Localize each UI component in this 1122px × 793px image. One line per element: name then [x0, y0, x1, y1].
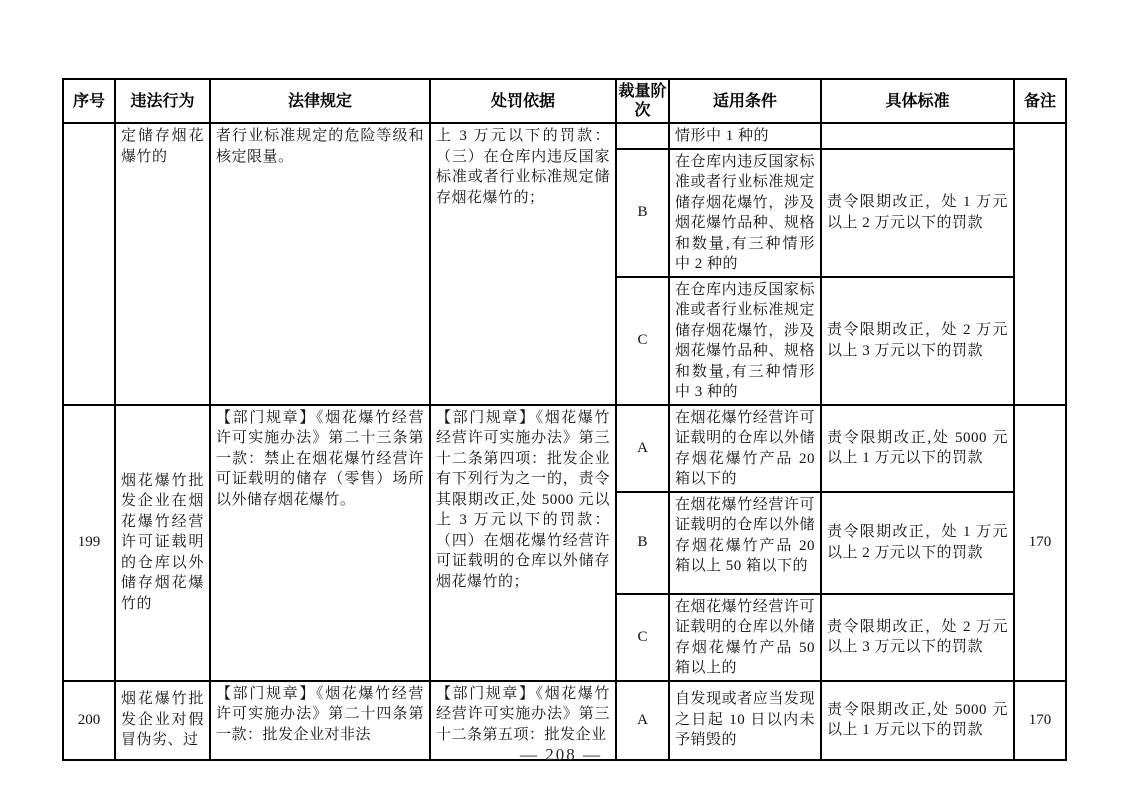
- cell-standard: 责令限期改正，处 2 万元以上 3 万元以下的罚款: [821, 277, 1014, 405]
- table-row: 定储存烟花爆竹的 者行业标准规定的危险等级和核定限量。 上 3 万元以下的罚款：…: [63, 123, 1066, 149]
- cell-condition: 在烟花爆竹经营许可证载明的仓库以外储存烟花爆竹产品 50 箱以上的: [669, 594, 821, 681]
- cell-basis: 【部门规章】《烟花爆竹经营许可实施办法》第三十二条第四项：批发企业有下列行为之一…: [430, 405, 616, 681]
- cell-law: 者行业标准规定的危险等级和核定限量。: [210, 123, 430, 405]
- cell-condition: 在烟花爆竹经营许可证载明的仓库以外储存烟花爆竹产品 20 箱以下的: [669, 405, 821, 492]
- cell-tier: B: [616, 492, 669, 594]
- cell-condition: 在仓库内违反国家标准或者行业标准规定储存烟花爆竹，涉及烟花爆竹品种、规格和数量,…: [669, 277, 821, 405]
- cell-seq: 199: [63, 405, 115, 681]
- cell-basis: 上 3 万元以下的罚款：（三）在仓库内违反国家标准或者行业标准规定储存烟花爆竹的…: [430, 123, 616, 405]
- cell-law: 【部门规章】《烟花爆竹经营许可实施办法》第二十三条第一款：禁止在烟花爆竹经营许可…: [210, 405, 430, 681]
- cell-standard: [821, 123, 1014, 149]
- header-seq: 序号: [63, 79, 115, 123]
- cell-standard: 责令限期改正，处 1 万元以上 2 万元以下的罚款: [821, 492, 1014, 594]
- penalty-standards-table: 序号 违法行为 法律规定 处罚依据 裁量阶次 适用条件 具体标准 备注 定储存烟…: [62, 78, 1067, 761]
- cell-standard: 责令限期改正，处 1 万元以上 2 万元以下的罚款: [821, 149, 1014, 277]
- cell-seq: [63, 123, 115, 405]
- table-row: 199 烟花爆竹批发企业在烟花爆竹经营许可证载明的仓库以外储存烟花爆竹的 【部门…: [63, 405, 1066, 492]
- cell-condition: 在烟花爆竹经营许可证载明的仓库以外储存烟花爆竹产品 20 箱以上 50 箱以下的: [669, 492, 821, 594]
- cell-tier: [616, 123, 669, 149]
- cell-tier: A: [616, 405, 669, 492]
- cell-standard: 责令限期改正,处 5000 元以上 1 万元以下的罚款: [821, 405, 1014, 492]
- header-behavior: 违法行为: [115, 79, 210, 123]
- cell-tier: C: [616, 277, 669, 405]
- cell-behavior: 烟花爆竹批发企业在烟花爆竹经营许可证载明的仓库以外储存烟花爆竹的: [115, 405, 210, 681]
- header-basis: 处罚依据: [430, 79, 616, 123]
- cell-tier: B: [616, 149, 669, 277]
- header-condition: 适用条件: [669, 79, 821, 123]
- cell-behavior: 定储存烟花爆竹的: [115, 123, 210, 405]
- header-tier: 裁量阶次: [616, 79, 669, 123]
- cell-tier: C: [616, 594, 669, 681]
- cell-standard: 责令限期改正，处 2 万元以上 3 万元以下的罚款: [821, 594, 1014, 681]
- header-law: 法律规定: [210, 79, 430, 123]
- cell-note: [1014, 123, 1066, 405]
- cell-note: 170: [1014, 405, 1066, 681]
- page-number: — 208 —: [0, 745, 1122, 765]
- header-row: 序号 违法行为 法律规定 处罚依据 裁量阶次 适用条件 具体标准 备注: [63, 79, 1066, 123]
- document-page: 序号 违法行为 法律规定 处罚依据 裁量阶次 适用条件 具体标准 备注 定储存烟…: [0, 0, 1122, 793]
- header-standard: 具体标准: [821, 79, 1014, 123]
- header-note: 备注: [1014, 79, 1066, 123]
- cell-condition: 情形中 1 种的: [669, 123, 821, 149]
- cell-condition: 在仓库内违反国家标准或者行业标准规定储存烟花爆竹，涉及烟花爆竹品种、规格和数量,…: [669, 149, 821, 277]
